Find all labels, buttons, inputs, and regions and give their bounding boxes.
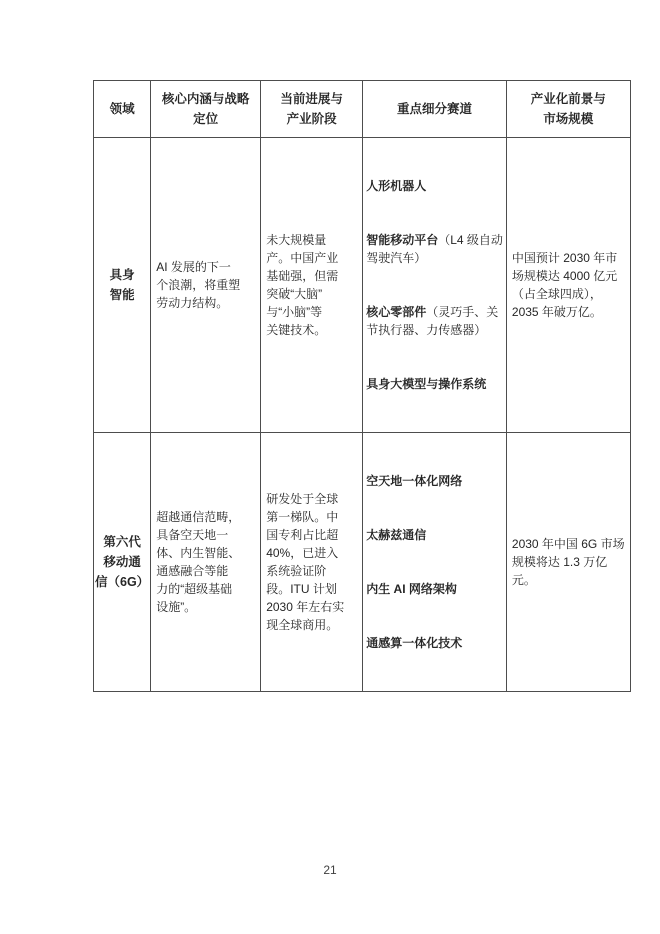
track-term: 具身大模型与操作系统 — [366, 377, 486, 391]
track-term: 通感算一体化技术 — [366, 636, 462, 650]
track-item: 内生 AI 网络架构 — [366, 580, 503, 598]
track-term: 人形机器人 — [366, 179, 426, 193]
header-progress-stage: 当前进展与 产业阶段 — [261, 81, 363, 138]
track-term: 太赫兹通信 — [366, 528, 426, 542]
table-row-6g: 第六代 移动通 信（6G） 超越通信范畴， 具备空天地一 体、内生智能、 通感融… — [94, 433, 631, 692]
track-item: 人形机器人 — [366, 177, 503, 195]
track-item: 太赫兹通信 — [366, 526, 503, 544]
page-number: 21 — [0, 863, 660, 877]
track-term: 空天地一体化网络 — [366, 474, 462, 488]
track-item: 空天地一体化网络 — [366, 472, 503, 490]
table-header-row: 领域 核心内涵与战略 定位 当前进展与 产业阶段 重点细分赛道 产业化前景与 市… — [94, 81, 631, 138]
field-label-embodied-ai: 具身 智能 — [94, 138, 151, 433]
track-item: 智能移动平台（L4 级自动 驾驶汽车） — [366, 231, 503, 267]
header-key-tracks: 重点细分赛道 — [363, 81, 507, 138]
core-positioning-cell: 超越通信范畴， 具备空天地一 体、内生智能、 通感融合等能 力的“超级基础 设施… — [151, 433, 261, 692]
header-core-positioning: 核心内涵与战略 定位 — [151, 81, 261, 138]
track-item: 通感算一体化技术 — [366, 634, 503, 652]
header-field: 领域 — [94, 81, 151, 138]
header-market-outlook: 产业化前景与 市场规模 — [506, 81, 630, 138]
track-term: 内生 AI 网络架构 — [366, 582, 457, 596]
track-term: 核心零部件 — [366, 305, 426, 319]
document-page: 领域 核心内涵与战略 定位 当前进展与 产业阶段 重点细分赛道 产业化前景与 市… — [0, 0, 660, 934]
progress-stage-cell: 未大规模量 产。中国产业 基础强，但需 突破“大脑” 与“小脑”等 关键技术。 — [261, 138, 363, 433]
table-row-embodied-ai: 具身 智能 AI 发展的下一 个浪潮，将重塑 劳动力结构。 未大规模量 产。中国… — [94, 138, 631, 433]
progress-stage-cell: 研发处于全球 第一梯队。中 国专利占比超 40%，已进入 系统验证阶 段。ITU… — [261, 433, 363, 692]
track-term: 智能移动平台 — [366, 233, 438, 247]
market-outlook-cell: 中国预计 2030 年市 场规模达 4000 亿元 （占全球四成）， 2035 … — [506, 138, 630, 433]
core-positioning-cell: AI 发展的下一 个浪潮，将重塑 劳动力结构。 — [151, 138, 261, 433]
market-outlook-cell: 2030 年中国 6G 市场 规模将达 1.3 万亿 元。 — [506, 433, 630, 692]
track-item: 核心零部件（灵巧手、关 节执行器、力传感器） — [366, 303, 503, 339]
field-label-6g: 第六代 移动通 信（6G） — [94, 433, 151, 692]
track-item: 具身大模型与操作系统 — [366, 375, 503, 393]
key-tracks-cell: 人形机器人 智能移动平台（L4 级自动 驾驶汽车） 核心零部件（灵巧手、关 节执… — [363, 138, 507, 433]
key-tracks-cell: 空天地一体化网络 太赫兹通信 内生 AI 网络架构 通感算一体化技术 — [363, 433, 507, 692]
tech-fields-table: 领域 核心内涵与战略 定位 当前进展与 产业阶段 重点细分赛道 产业化前景与 市… — [93, 80, 631, 692]
